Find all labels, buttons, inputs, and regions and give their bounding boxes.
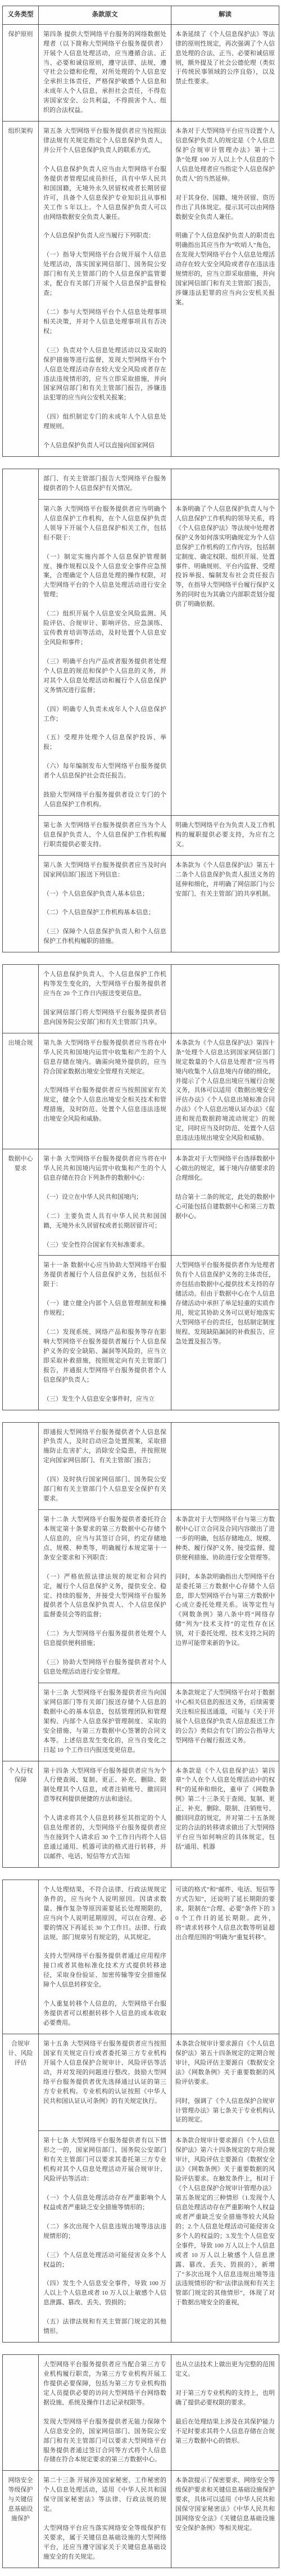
interpretation-cell: 大型网络平台服务提供者作为处理者负有个人信息保护义务的主体责任，亦包括由数据中心… (171, 1256, 279, 1410)
obligation-type-cell: 保护原则 (3, 24, 39, 121)
interpretation-cell: 明确大型网络平台为负责人及工作机构的履职提供必要支持，为应有之义。 (171, 815, 279, 855)
table-row: 大型网络平台服务提供者应当配合第三方专业机构履行职责，为第三方专业机构开展工作提… (3, 2355, 279, 2471)
interpretation-cell: 也从立法技术上做出更为完整的范围定义。 对于第三方专业机构的支持上，也明确了提供… (171, 2355, 279, 2471)
interpretation-cell: 本条对于大型网络平台应当设置个人信息保护负责人的规定是《个人信息保护合规审计管理… (171, 122, 279, 457)
interpretation-cell: 本条款为《个人信息保护法》第五十二条个人信息保护负责人报送义务的延伸和细化，并明… (171, 855, 279, 952)
obligation-type-cell: 数据中心 要求 (3, 1149, 39, 1410)
interpretation-cell: 本条款规定了大型网络平台对于数据中心相关信息的报送义务，后续需要关注相应报送通道… (171, 1683, 279, 1761)
clause-text-cell: 第十一条 数据中心应当协助大型网络平台服务提供者履行个人信息保护义务，包括但不限… (39, 1256, 171, 1410)
obligation-type-cell (3, 1422, 39, 1761)
obligation-type-cell: 网络安全 等级保护 与关键信 息基础设 施保护 (3, 2471, 39, 2568)
interpretation-cell: 本条款对于大型网络平台选择数据中心做出的规定，属于境内存储要求的合理细化。 结合… (171, 1149, 279, 1256)
interpretation-cell (171, 1422, 279, 1510)
interpretation-cell: 可读的格式”和“邮件、电话、短信等方式告知”，还说明了延长期限的要求，限制在“合… (171, 1880, 279, 2034)
clause-text-cell: 即通报大型网络平台服务提供者个人信息保护负责人，及时启动应急处置预案，采取措施防… (39, 1422, 171, 1510)
obligation-type-cell (3, 469, 39, 952)
table-row: 合规审 计、风险 评估第十五条 大型网络平台服务提供者应当按照国家有关规定自行或… (3, 2034, 279, 2130)
column-header: 条款原文 (39, 6, 171, 25)
interpretation-cell: 本条延续了《个人信息保护法》等法律的原则性规定，再次强调了个人信息处理的合法、正… (171, 24, 279, 121)
clause-text-cell: 第十二条 大型网络平台服务提供者委托符合本规定第十条要求的第三方数据中心存储个人… (39, 1510, 171, 1683)
interpretation-cell: 本条款合规审计要求源自《个人信息保护法》第六十四条规定的专项合规审计，风险评估主… (171, 2131, 279, 2343)
obligation-type-cell: 个人行权 保障 (3, 1761, 39, 1867)
clause-text-cell: 第二十三条 开展涉及国家秘密、工作秘密的个人信息处理活动，适用《中华人民共和国保… (39, 2471, 171, 2568)
table-row: 部门、有关主管部门报告大型网络平台服务提供者的个人信息保护有关情况。 (3, 469, 279, 500)
obligation-type-cell: 合规审 计、风险 评估 (3, 2034, 39, 2342)
table-row: 第七条 大型网络平台服务提供者应当为个人信息保护负责人、个人信息保护工作机构履行… (3, 815, 279, 855)
obligation-type-cell: 出境合规 (3, 1033, 39, 1149)
table-row: 即通报大型网络平台服务提供者个人信息保护负责人，及时启动应急处置预案，采取措施防… (3, 1422, 279, 1510)
interpretation-cell (171, 469, 279, 500)
clause-text-cell: 第七条 大型网络平台服务提供者应当为个人信息保护负责人、个人信息保护工作机构履行… (39, 815, 171, 855)
clause-text-cell: 第十三条 大型网络平台服务提供者应当向国家网信部门等有关部门报送存储个人信息的数… (39, 1683, 171, 1761)
table-row: 第十七条 大型网络平台服务提供者有以下情形之一的，国家网信部门、国务院公安部门和… (3, 2131, 279, 2343)
obligation-type-cell: 组织架构 (3, 122, 39, 457)
document: 义务类型条款原文解读保护原则第四条 提供大型网络平台服务的网络数据处理者（以下简… (0, 0, 281, 2576)
legal-table-segment: 义务类型条款原文解读保护原则第四条 提供大型网络平台服务的网络数据处理者（以下简… (2, 6, 279, 457)
legal-table-segment: 大型网络平台服务提供者应当配合第三方专业机构履行职责，为第三方专业机构开展工作提… (2, 2354, 279, 2568)
legal-table-segment: 部门、有关主管部门报告大型网络平台服务提供者的个人信息保护有关情况。第六条 大型… (2, 469, 279, 952)
interpretation-cell: 本条款为《个人信息保护法》第四十条“处理个人信息达到国家网信部门规定数量的个人信… (171, 1033, 279, 1149)
clause-text-cell: 第八条 大型网络平台服务提供者应当及时向国家网信部门报送下列信息： （一）个人信… (39, 855, 171, 952)
table-row: 个人处理结果，不符合法律、行政法规规定条件的，应当向个人说明原因。因请求数量、操… (3, 1880, 279, 2034)
clause-text-cell: 第六条 大型网络平台服务提供者应当明确个人信息保护工作机构，在个人信息保护负责人… (39, 499, 171, 815)
clause-text-cell: 第五条 大型网络平台服务提供者应当按照法律法规有关规定指定个人信息保护负责人，并… (39, 122, 171, 457)
table-row: 第十一条 数据中心应当协助大型网络平台服务提供者履行个人信息保护义务，包括但不限… (3, 1256, 279, 1410)
table-row: 网络安全 等级保护 与关键信 息基础设 施保护第二十三条 开展涉及国家秘密、工作… (3, 2471, 279, 2568)
table-row: 保护原则第四条 提供大型网络平台服务的网络数据处理者（以下简称大型网络平台服务提… (3, 24, 279, 121)
clause-text-cell: 第四条 提供大型网络平台服务的网络数据处理者（以下简称大型网络平台服务提供者）开… (39, 24, 171, 121)
table-row: 第十二条 大型网络平台服务提供者委托符合本规定第十条要求的第三方数据中心存储个人… (3, 1510, 279, 1683)
clause-text-cell: 个人处理结果，不符合法律、行政法规规定条件的，应当向个人说明原因。因请求数量、操… (39, 1880, 171, 2034)
table-row: 个人信息保护负责人、个人信息保护工作机构等发生变化的，大型网络平台服务提供者应当… (3, 965, 279, 1033)
table-row: 出境合规第九条 大型网络平台服务提供者应当将在中华人民共和国境内运营中收集和产生… (3, 1033, 279, 1149)
interpretation-cell (171, 965, 279, 1033)
table-row: 第十三条 大型网络平台服务提供者应当向国家网信部门等有关部门报送存储个人信息的数… (3, 1683, 279, 1761)
clause-text-cell: 第十四条 大型网络平台服务提供者应当为个人行使查阅、复制、更正、补充、删除、限制… (39, 1761, 171, 1867)
obligation-type-cell (3, 1880, 39, 2034)
table-row: 个人行权 保障第十四条 大型网络平台服务提供者应当为个人行使查阅、复制、更正、补… (3, 1761, 279, 1867)
clause-text-cell: 部门、有关主管部门报告大型网络平台服务提供者的个人信息保护有关情况。 (39, 469, 171, 500)
table-row: 组织架构第五条 大型网络平台服务提供者应当按照法律法规有关规定指定个人信息保护负… (3, 122, 279, 457)
clause-text-cell: 第十条 大型网络平台服务提供者应当将在中华人民共和国境内运营中收集和产生的个人信… (39, 1149, 171, 1256)
interpretation-cell: 本条明确了个人信息保护负责人与个人信息保护工作机构的领导关系，将《个人信息保护法… (171, 499, 279, 815)
legal-table-segment: 即通报大型网络平台服务提供者个人信息保护负责人，及时启动应急处置预案，采取措施防… (2, 1422, 279, 1868)
legal-table-segment: 个人处理结果，不符合法律、行政法规规定条件的，应当向个人说明原因。因请求数量、操… (2, 1880, 279, 2343)
header-row: 义务类型条款原文解读 (3, 6, 279, 25)
obligation-type-cell (3, 2355, 39, 2471)
interpretation-cell: 本条款对于大型网络平台与第三方数据中心订立合同及合同内容做出了进一步的明确，包括… (171, 1510, 279, 1683)
clause-text-cell: 个人信息保护负责人、个人信息保护工作机构等发生变化的，大型网络平台服务提供者应当… (39, 965, 171, 1033)
obligation-type-cell (3, 965, 39, 1033)
interpretation-cell: 本条款合规审计要求源自《个人信息保护法》第五十四条规定的定期合规审计，风险评估主… (171, 2034, 279, 2130)
table-row: 数据中心 要求第十条 大型网络平台服务提供者应当将在中华人民共和国境内运营中收集… (3, 1149, 279, 1256)
table-row: 第八条 大型网络平台服务提供者应当及时向国家网信部门报送下列信息： （一）个人信… (3, 855, 279, 952)
interpretation-cell: 本条款提示了保密要求、网络安全等级保护要求和关键信息基础设施保护要求，具体可以适… (171, 2471, 279, 2568)
interpretation-cell: 本条款是《个人信息保护法》第四章“个人在个人信息处理活动中的权利”的延伸和细化，… (171, 1761, 279, 1867)
clause-text-cell: 第九条 大型网络平台服务提供者应当将在中华人民共和国境内运营中收集和产生的个人信… (39, 1033, 171, 1149)
clause-text-cell: 大型网络平台服务提供者应当配合第三方专业机构履行职责，为第三方专业机构开展工作提… (39, 2355, 171, 2471)
column-header: 解读 (171, 6, 279, 25)
table-row: 第六条 大型网络平台服务提供者应当明确个人信息保护工作机构，在个人信息保护负责人… (3, 499, 279, 815)
column-header: 义务类型 (3, 6, 39, 25)
clause-text-cell: 第十五条 大型网络平台服务提供者应当按照国家有关规定自行或者委托第三方专业机构开… (39, 2034, 171, 2130)
clause-text-cell: 第十七条 大型网络平台服务提供者有以下情形之一的，国家网信部门、国务院公安部门和… (39, 2131, 171, 2343)
legal-table-segment: 个人信息保护负责人、个人信息保护工作机构等发生变化的，大型网络平台服务提供者应当… (2, 964, 279, 1410)
